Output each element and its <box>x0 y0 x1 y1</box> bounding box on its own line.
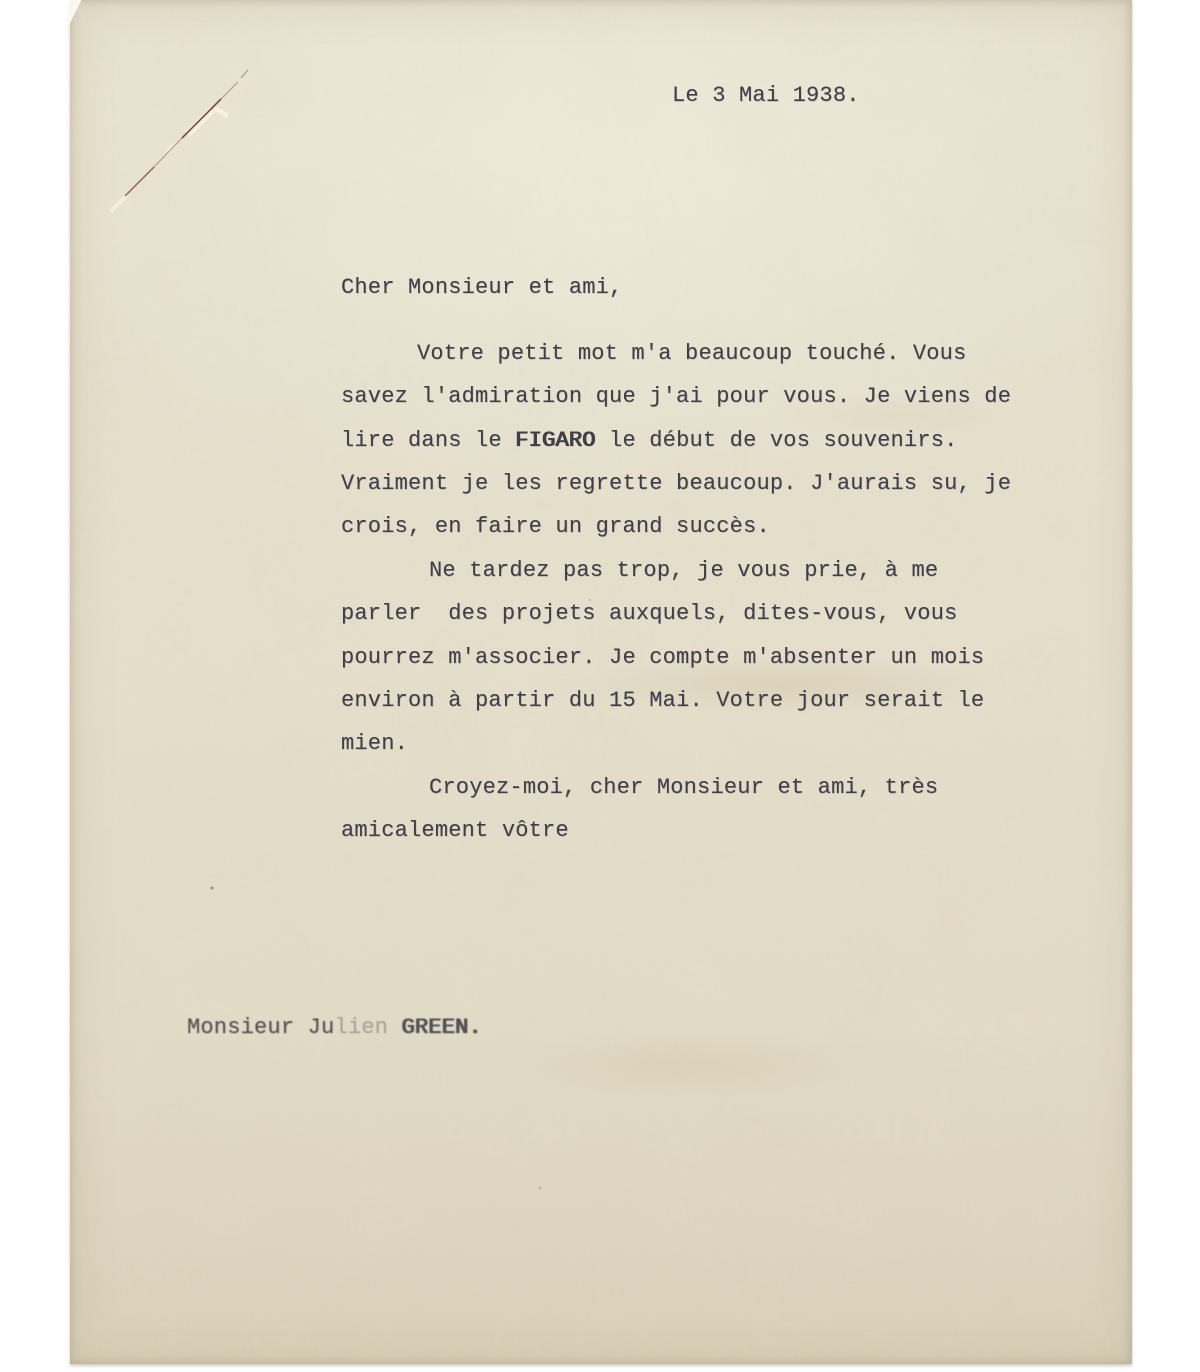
letter-line: Vraiment je les regrette beaucoup. J'aur… <box>341 462 1041 505</box>
letter-line: lire dans le FIGARO le début de vos souv… <box>341 419 1041 462</box>
figaro-overstruck: FIGARO <box>515 428 595 453</box>
letter-line: crois, en faire un grand succès. <box>341 505 1041 548</box>
letter-line: Votre petit mot m'a beaucoup touché. Vou… <box>341 332 1041 375</box>
letter-line: environ à partir du 15 Mai. Votre jour s… <box>341 679 1041 722</box>
paragraph-2: Ne tardez pas trop, je vous prie, à me p… <box>341 549 1041 765</box>
recipient-line: Monsieur Julien GREEN. <box>187 1006 482 1049</box>
scanned-letter: Le 3 Mai 1938. Cher Monsieur et ami, Vot… <box>0 0 1200 1372</box>
corner-fold <box>69 0 82 25</box>
recipient-segment: Monsieur Ju <box>187 1015 334 1040</box>
recipient-name-overstruck: GREEN. <box>401 1015 481 1040</box>
recipient-segment-faded: lien <box>334 1015 401 1040</box>
salutation-text: Cher Monsieur et ami, <box>341 275 622 300</box>
paper-stain <box>500 1030 880 1100</box>
letter-line: pourrez m'associer. Je compte m'absenter… <box>341 636 1041 679</box>
letter-line: savez l'admiration que j'ai pour vous. J… <box>341 375 1041 418</box>
line-segment: lire dans le <box>341 428 515 453</box>
letter-line: mien. <box>341 722 1041 765</box>
date-line: Le 3 Mai 1938. <box>672 74 860 117</box>
letter-line: Ne tardez pas trop, je vous prie, à me <box>341 549 1041 592</box>
paragraph-1: Votre petit mot m'a beaucoup touché. Vou… <box>341 332 1041 548</box>
date-text: Le 3 Mai 1938. <box>672 83 860 108</box>
line-segment: le début de vos souvenirs. <box>596 428 958 453</box>
closing-paragraph: Croyez-moi, cher Monsieur et ami, très a… <box>341 766 1041 853</box>
salutation-line: Cher Monsieur et ami, <box>341 266 622 309</box>
letter-page: Le 3 Mai 1938. Cher Monsieur et ami, Vot… <box>70 0 1132 1364</box>
letter-line: parler des projets auxquels, dites-vous,… <box>341 592 1041 635</box>
letter-line: amicalement vôtre <box>341 809 1041 852</box>
letter-line: Croyez-moi, cher Monsieur et ami, très <box>341 766 1041 809</box>
